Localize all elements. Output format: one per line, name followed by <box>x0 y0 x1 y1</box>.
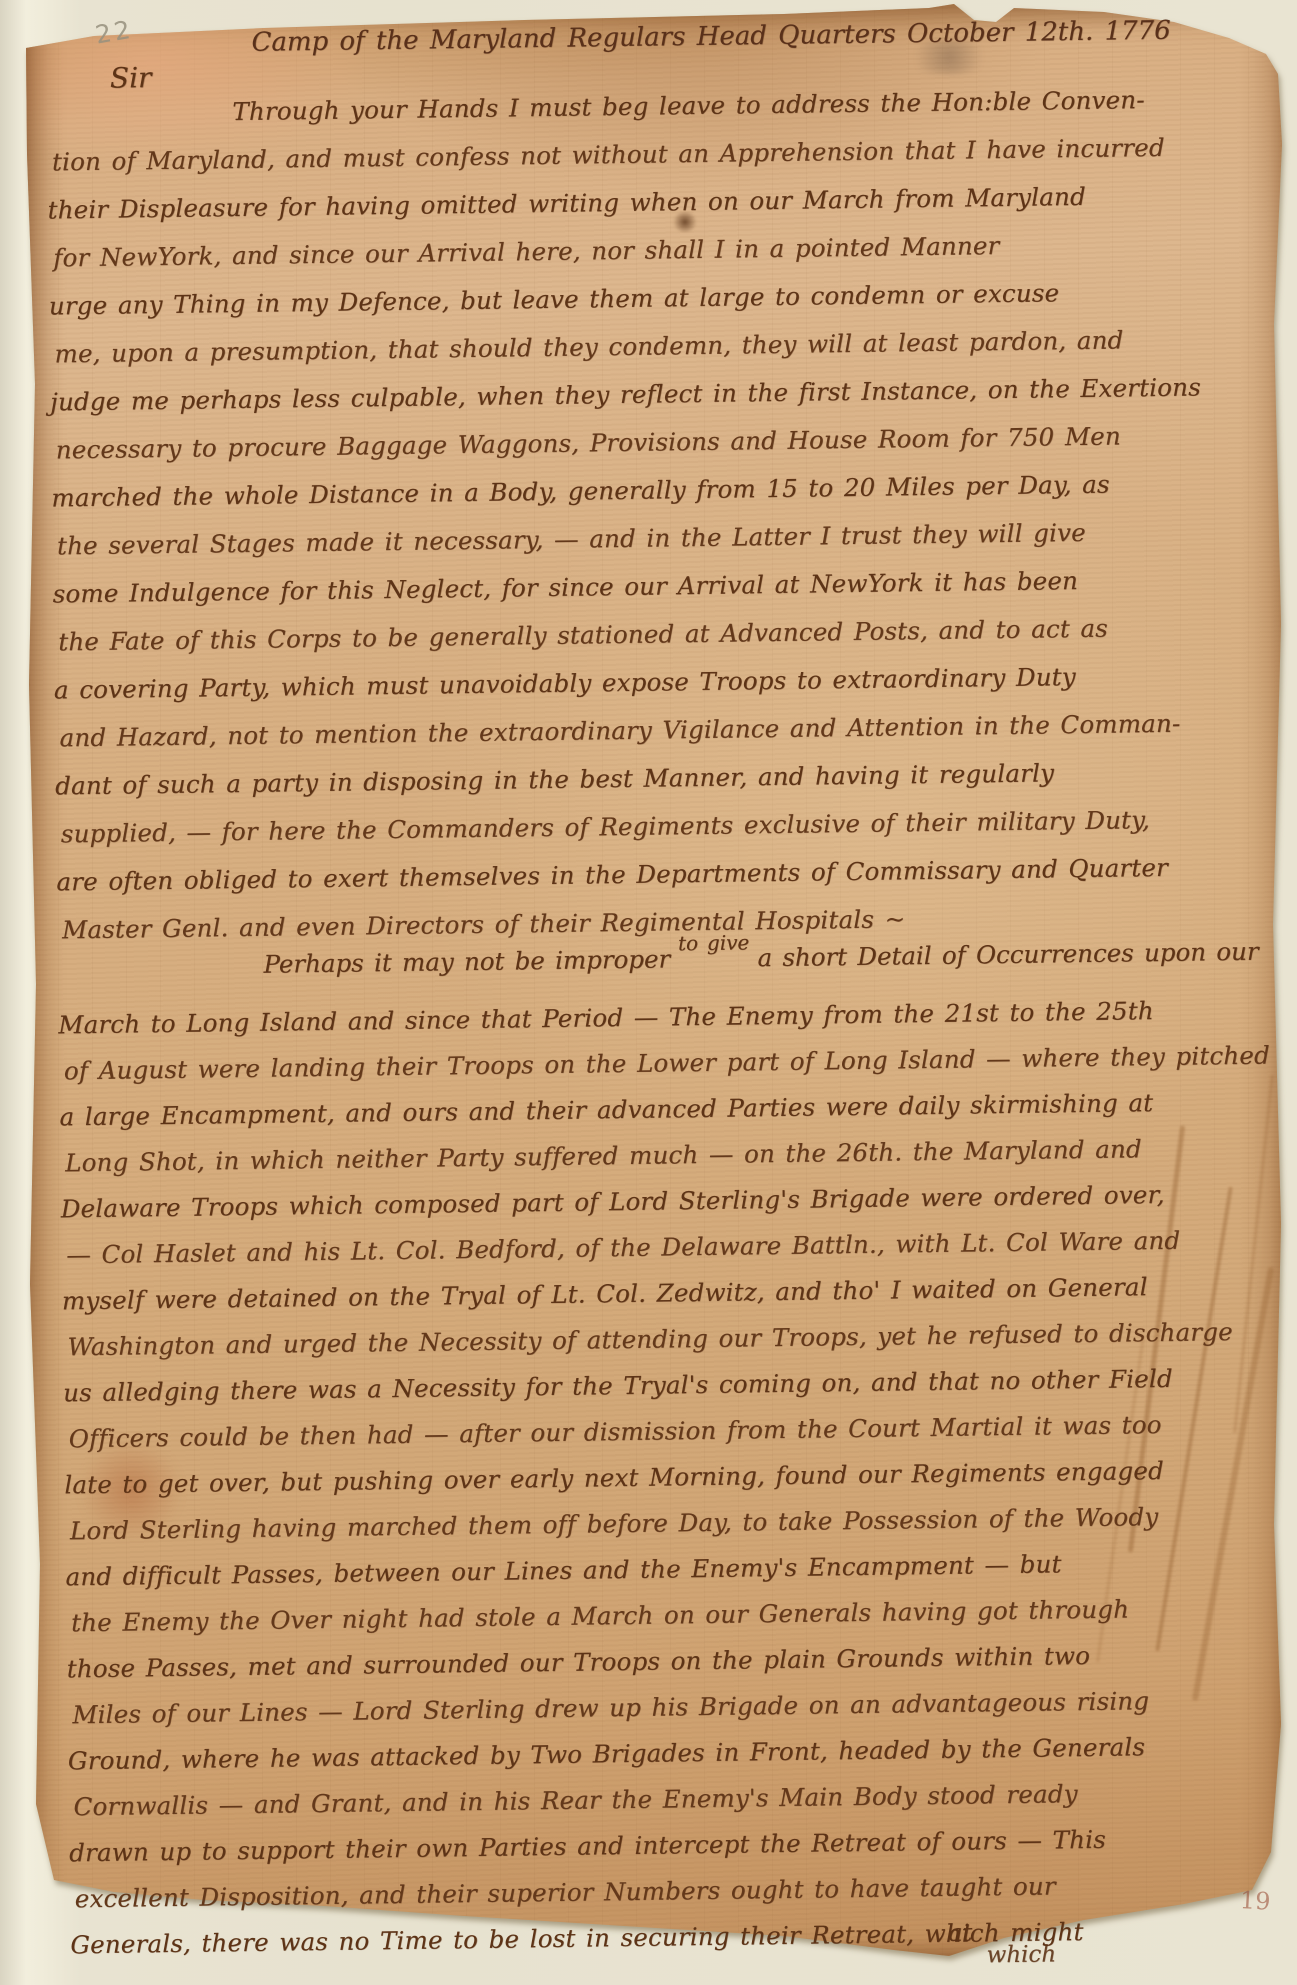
catchword: which <box>986 1941 1056 1968</box>
page-number: 22 <box>93 15 135 50</box>
letter-text-layer: 22 Camp of the Maryland Regulars Head Qu… <box>23 0 1297 1965</box>
paragraph-1: Through your Hands I must beg leave to a… <box>46 74 1297 954</box>
opening-after-insert: a short Detail of Occurrences upon our <box>757 937 1258 973</box>
insertion-above-line: to give <box>678 930 750 955</box>
catchword-at: at <box>948 1919 972 1947</box>
paragraph-2: March to Long Island and since that Peri… <box>58 986 1297 1968</box>
opening-before-insert: Perhaps it may not be improper <box>263 944 670 978</box>
margin-mark: 19 <box>1239 1886 1271 1916</box>
letter-heading: Camp of the Maryland Regulars Head Quart… <box>251 16 1171 58</box>
